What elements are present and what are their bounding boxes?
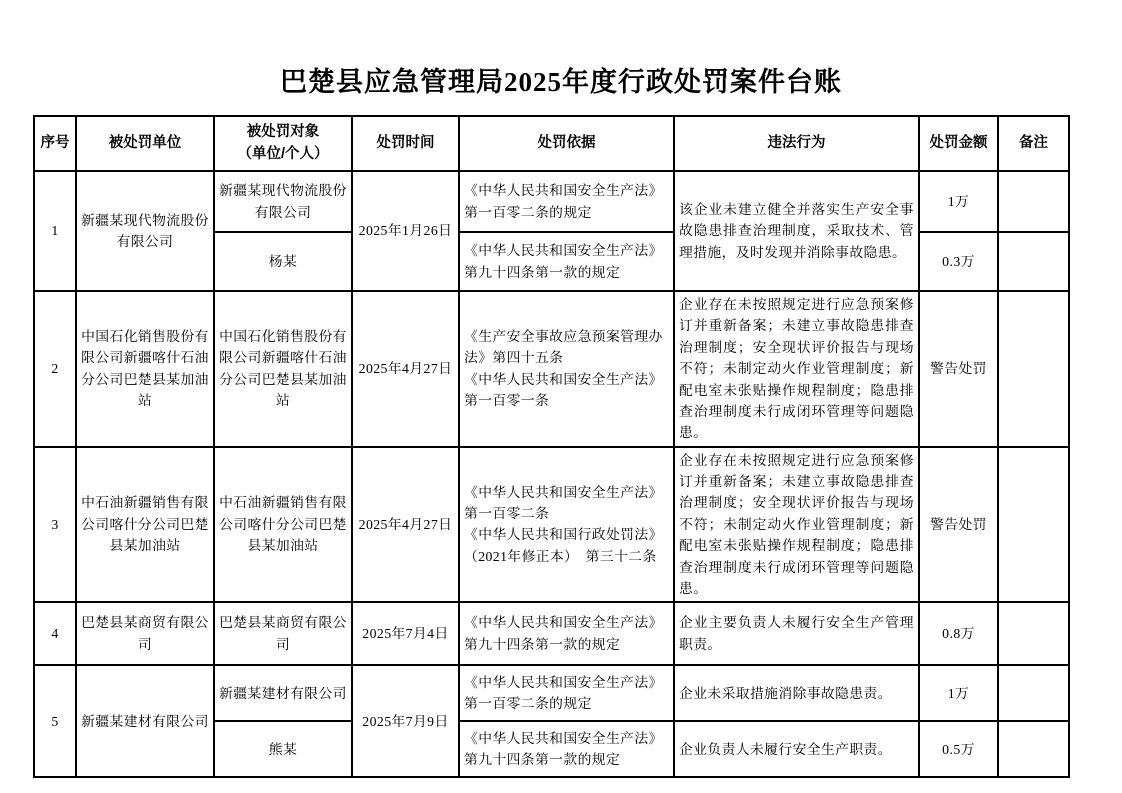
penalty-ledger-table: 序号 被处罚单位 被处罚对象 （单位/个人） 处罚时间 处罚依据 违法行为 处罚… — [33, 115, 1070, 778]
cell-target: 新疆某现代物流股份有限公司 — [214, 171, 352, 232]
cell-violation: 企业未采取措施消除事故隐患责。 — [674, 665, 919, 721]
cell-date: 2025年7月9日 — [352, 665, 459, 777]
cell-violation: 该企业未建立健全并落实生产安全事故隐患排查治理制度，采取技术、管理措施，及时发现… — [674, 171, 919, 291]
cell-violation: 企业存在未按照规定进行应急预案修订并重新备案；未建立事故隐患排查治理制度；安全现… — [674, 291, 919, 447]
cell-violation: 企业主要负责人未履行安全生产管理职责。 — [674, 602, 919, 665]
cell-note — [998, 232, 1069, 291]
cell-basis: 《中华人民共和国安全生产法》第九十四条第一款的规定 — [459, 602, 674, 665]
cell-note — [998, 665, 1069, 721]
cell-violation: 企业存在未按照规定进行应急预案修订并重新备案；未建立事故隐患排查治理制度；安全现… — [674, 447, 919, 603]
cell-seq: 1 — [34, 171, 76, 291]
cell-note — [998, 721, 1069, 777]
cell-amount: 0.5万 — [919, 721, 998, 777]
cell-amount: 0.3万 — [919, 232, 998, 291]
cell-seq: 4 — [34, 602, 76, 665]
cell-note — [998, 447, 1069, 603]
cell-basis: 《中华人民共和国安全生产法》第一百零二条的规定 — [459, 665, 674, 721]
cell-seq: 2 — [34, 291, 76, 447]
cell-seq: 5 — [34, 665, 76, 777]
document-title: 巴楚县应急管理局2025年度行政处罚案件台账 — [0, 60, 1122, 99]
cell-amount: 1万 — [919, 171, 998, 232]
cell-date: 2025年4月27日 — [352, 447, 459, 603]
cell-basis: 《生产安全事故应急预案管理办法》第四十五条 《中华人民共和国安全生产法》第一百零… — [459, 291, 674, 447]
cell-date: 2025年1月26日 — [352, 171, 459, 291]
col-header-date: 处罚时间 — [352, 116, 459, 171]
cell-basis: 《中华人民共和国安全生产法》第一百零二条 《中华人民共和国行政处罚法》（2021… — [459, 447, 674, 603]
cell-target: 熊某 — [214, 721, 352, 777]
table-row: 2 中国石化销售股份有限公司新疆喀什石油分公司巴楚县某加油站 中国石化销售股份有… — [34, 291, 1069, 447]
header-row: 序号 被处罚单位 被处罚对象 （单位/个人） 处罚时间 处罚依据 违法行为 处罚… — [34, 116, 1069, 171]
table-row: 4 巴楚县某商贸有限公司 巴楚县某商贸有限公司 2025年7月4日 《中华人民共… — [34, 602, 1069, 665]
cell-basis: 《中华人民共和国安全生产法》第一百零二条的规定 — [459, 171, 674, 232]
col-header-seq: 序号 — [34, 116, 76, 171]
cell-target: 新疆某建材有限公司 — [214, 665, 352, 721]
cell-note — [998, 171, 1069, 232]
cell-date: 2025年7月4日 — [352, 602, 459, 665]
table-row: 3 中石油新疆销售有限公司喀什分公司巴楚县某加油站 中石油新疆销售有限公司喀什分… — [34, 447, 1069, 603]
cell-unit: 巴楚县某商贸有限公司 — [76, 602, 214, 665]
cell-unit: 中国石化销售股份有限公司新疆喀什石油分公司巴楚县某加油站 — [76, 291, 214, 447]
cell-unit: 新疆某现代物流股份有限公司 — [76, 171, 214, 291]
col-header-basis: 处罚依据 — [459, 116, 674, 171]
col-header-target: 被处罚对象 （单位/个人） — [214, 116, 352, 171]
cell-amount: 1万 — [919, 665, 998, 721]
cell-unit: 中石油新疆销售有限公司喀什分公司巴楚县某加油站 — [76, 447, 214, 603]
cell-target: 巴楚县某商贸有限公司 — [214, 602, 352, 665]
col-header-unit: 被处罚单位 — [76, 116, 214, 171]
cell-note — [998, 602, 1069, 665]
cell-date: 2025年4月27日 — [352, 291, 459, 447]
cell-basis: 《中华人民共和国安全生产法》第九十四条第一款的规定 — [459, 721, 674, 777]
cell-target: 中国石化销售股份有限公司新疆喀什石油分公司巴楚县某加油站 — [214, 291, 352, 447]
cell-target: 中石油新疆销售有限公司喀什分公司巴楚县某加油站 — [214, 447, 352, 603]
col-header-note: 备注 — [998, 116, 1069, 171]
cell-unit: 新疆某建材有限公司 — [76, 665, 214, 777]
cell-violation: 企业负责人未履行安全生产职责。 — [674, 721, 919, 777]
table-row: 5 新疆某建材有限公司 新疆某建材有限公司 2025年7月9日 《中华人民共和国… — [34, 665, 1069, 721]
col-header-violation: 违法行为 — [674, 116, 919, 171]
cell-seq: 3 — [34, 447, 76, 603]
cell-amount: 0.8万 — [919, 602, 998, 665]
cell-amount: 警告处罚 — [919, 291, 998, 447]
cell-note — [998, 291, 1069, 447]
col-header-amount: 处罚金额 — [919, 116, 998, 171]
cell-amount: 警告处罚 — [919, 447, 998, 603]
table-row: 1 新疆某现代物流股份有限公司 新疆某现代物流股份有限公司 2025年1月26日… — [34, 171, 1069, 232]
cell-basis: 《中华人民共和国安全生产法》第九十四条第一款的规定 — [459, 232, 674, 291]
cell-target: 杨某 — [214, 232, 352, 291]
